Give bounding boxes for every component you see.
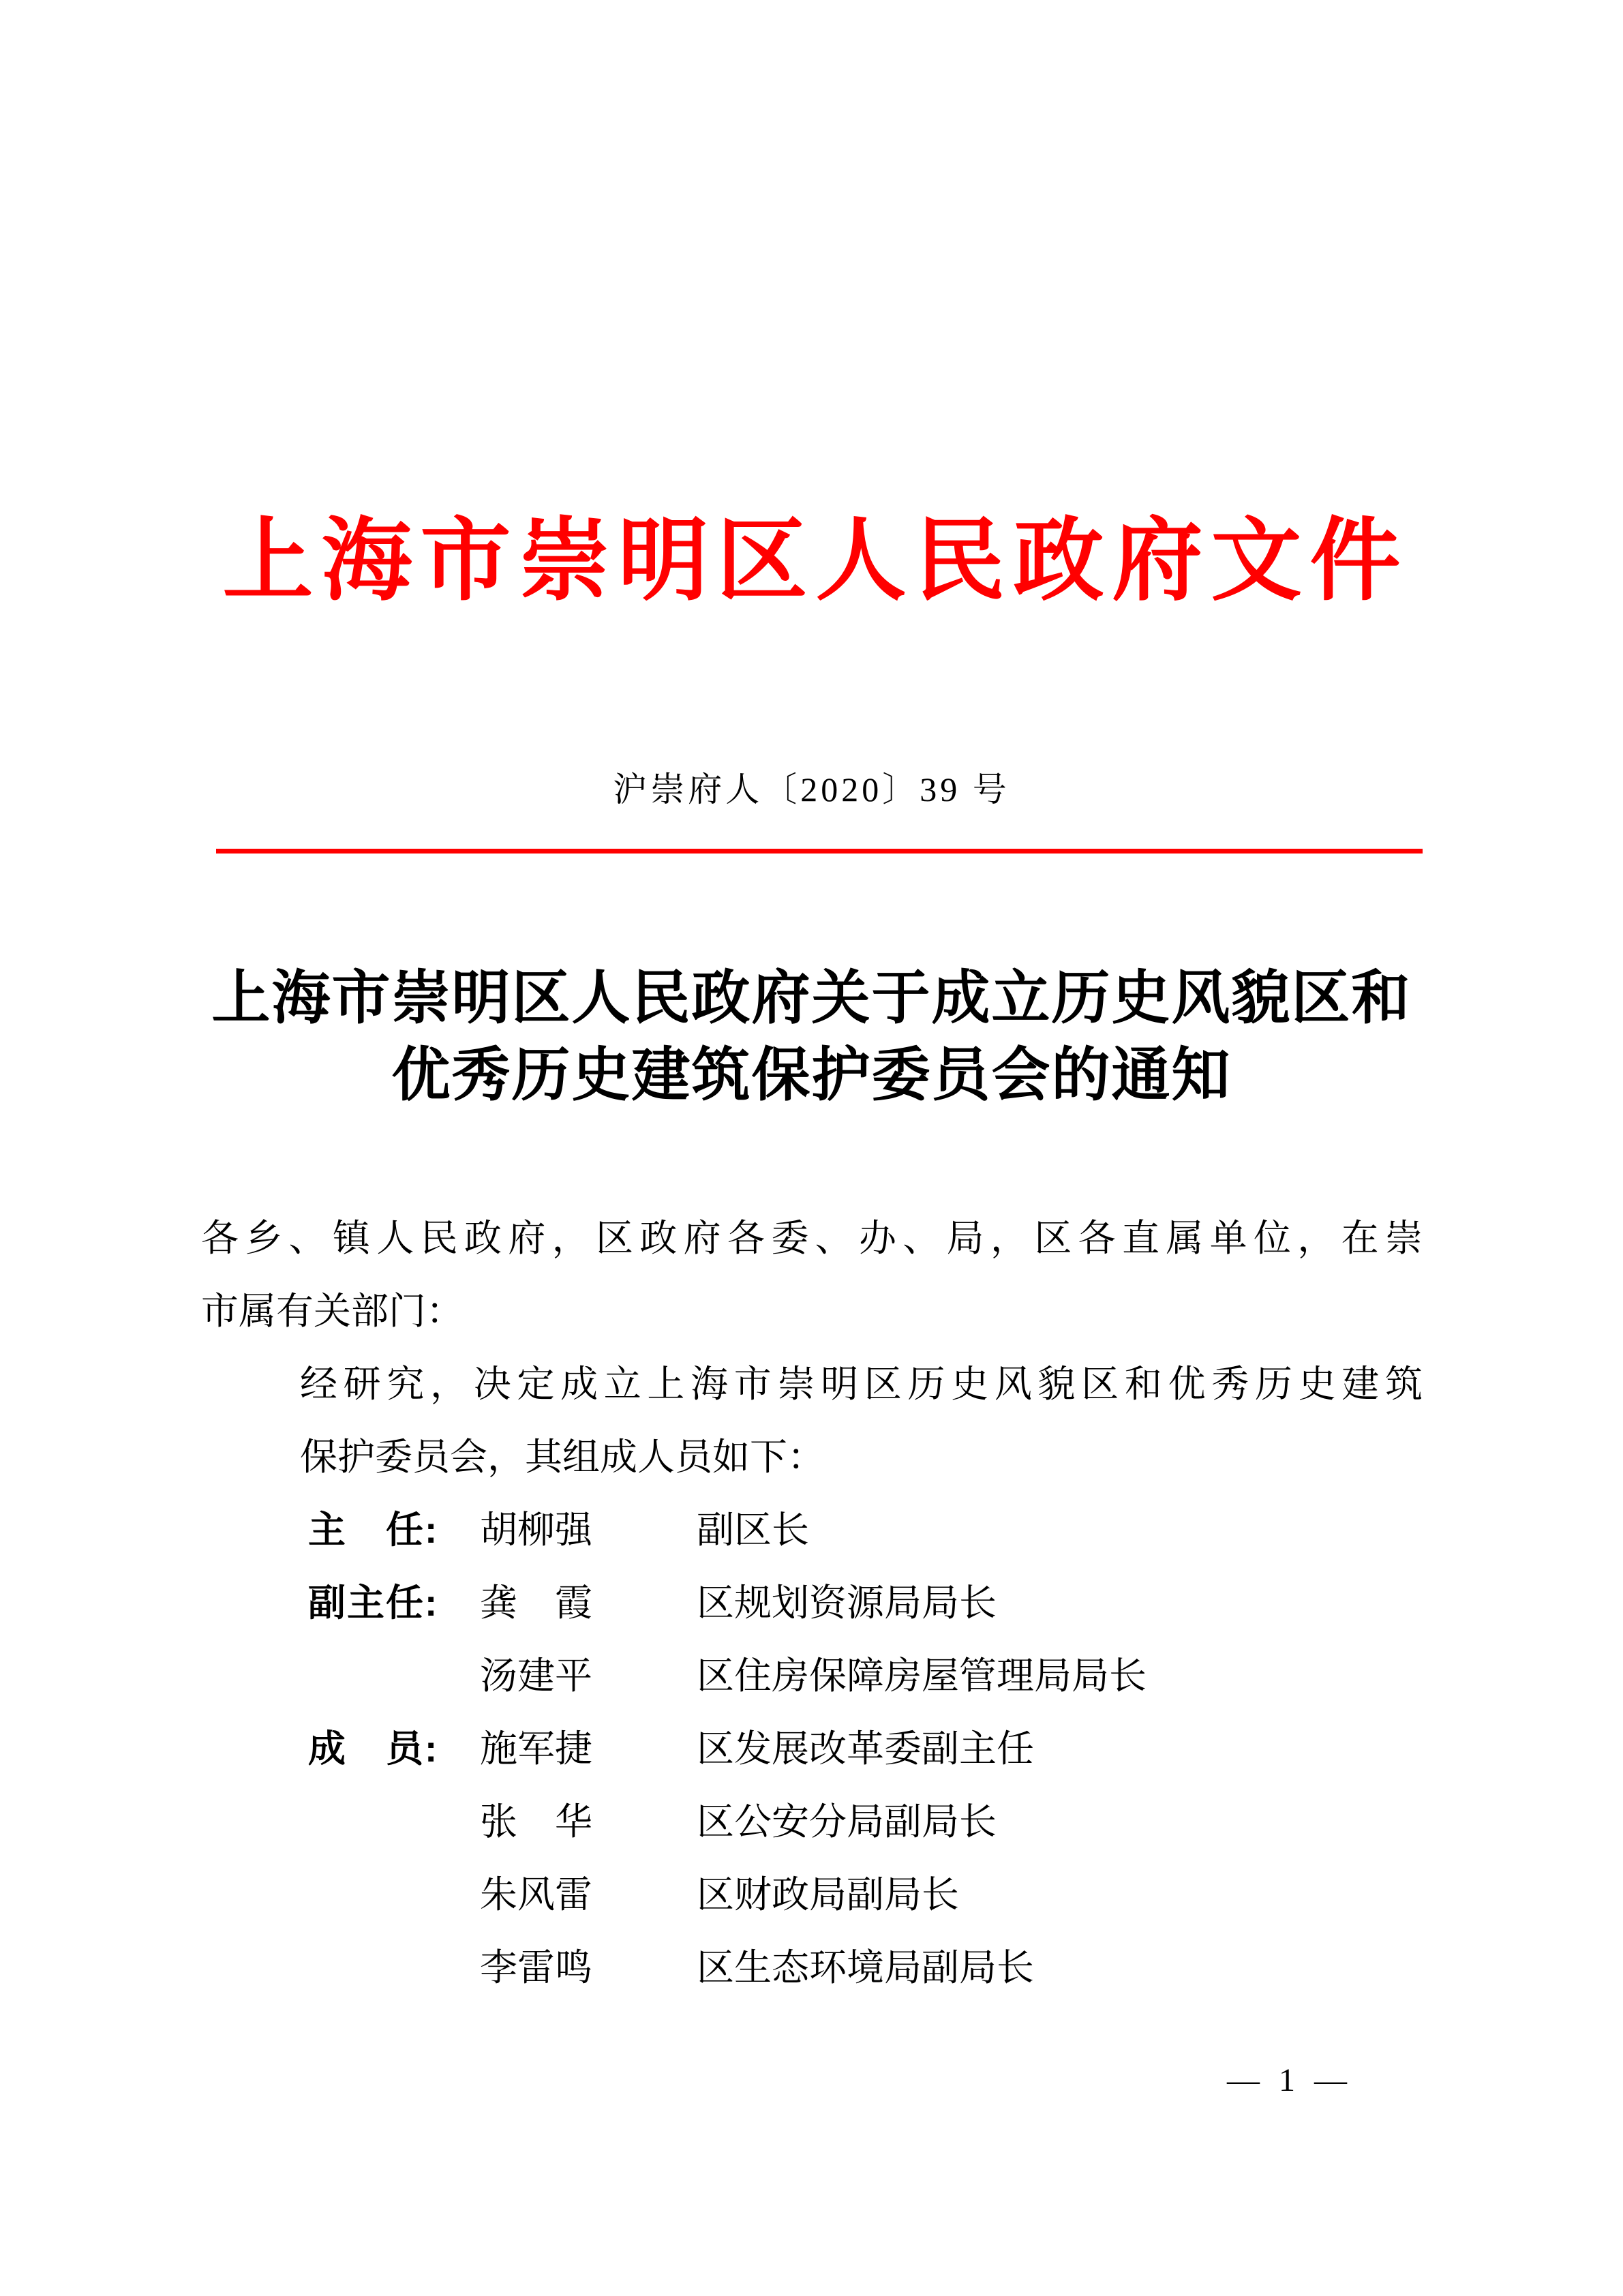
notice-title: 上海市崇明区人民政府关于成立历史风貌区和 优秀历史建筑保护委员会的通知 [102,960,1521,1114]
member-role-label: 主 任: [308,1494,438,1567]
member-position: 区规划资源局局长 [697,1567,997,1640]
salutation-line-1: 各乡、镇人民政府，区政府各委、办、局，区各直属单位，在崇 [201,1202,1423,1275]
document-number: 沪崇府人〔2020〕39 号 [0,765,1623,814]
member-name: 胡柳强 [480,1494,592,1567]
member-row: 成 员: 施军捷 区发展改革委副主任 [201,1712,1423,1785]
document-page: 上海市崇明区人民政府文件 沪崇府人〔2020〕39 号 上海市崇明区人民政府关于… [0,0,1623,2296]
member-name: 朱风雷 [480,1858,592,1931]
paragraph-line-2: 保护委员会，其组成人员如下： [201,1421,1423,1494]
member-row: 主 任: 胡柳强 副区长 [201,1494,1423,1567]
member-position: 副区长 [697,1494,809,1567]
member-position: 区发展改革委副主任 [697,1712,1034,1785]
salutation-line-2: 市属有关部门： [201,1275,1423,1348]
member-row: 朱风雷 区财政局副局长 [201,1858,1423,1931]
member-position: 区公安分局副局长 [697,1785,997,1858]
red-divider-line [216,849,1423,854]
member-name: 龚 霞 [480,1567,592,1640]
member-row: 李雷鸣 区生态环境局副局长 [201,1931,1423,2004]
notice-title-line-2: 优秀历史建筑保护委员会的通知 [102,1037,1521,1114]
member-role-label: 成 员: [308,1712,438,1785]
member-role-label: 副主任: [308,1567,438,1640]
member-name: 施军捷 [480,1712,592,1785]
member-name: 李雷鸣 [480,1931,592,2004]
member-name: 汤建平 [480,1640,592,1712]
paragraph-line-1: 经研究，决定成立上海市崇明区历史风貌区和优秀历史建筑 [201,1348,1423,1421]
org-header-title: 上海市崇明区人民政府文件 [0,510,1623,612]
member-row: 副主任: 龚 霞 区规划资源局局长 [201,1567,1423,1640]
member-position: 区财政局副局长 [697,1858,959,1931]
notice-title-line-1: 上海市崇明区人民政府关于成立历史风貌区和 [102,960,1521,1037]
member-row: 汤建平 区住房保障房屋管理局局长 [201,1640,1423,1712]
member-row: 张 华 区公安分局副局长 [201,1785,1423,1858]
member-name: 张 华 [480,1785,592,1858]
document-body: 各乡、镇人民政府，区政府各委、办、局，区各直属单位，在崇 市属有关部门： 经研究… [201,1202,1423,2004]
page-number: — 1 — [1227,2060,1352,2101]
member-position: 区生态环境局副局长 [697,1931,1034,2004]
member-position: 区住房保障房屋管理局局长 [697,1640,1147,1712]
